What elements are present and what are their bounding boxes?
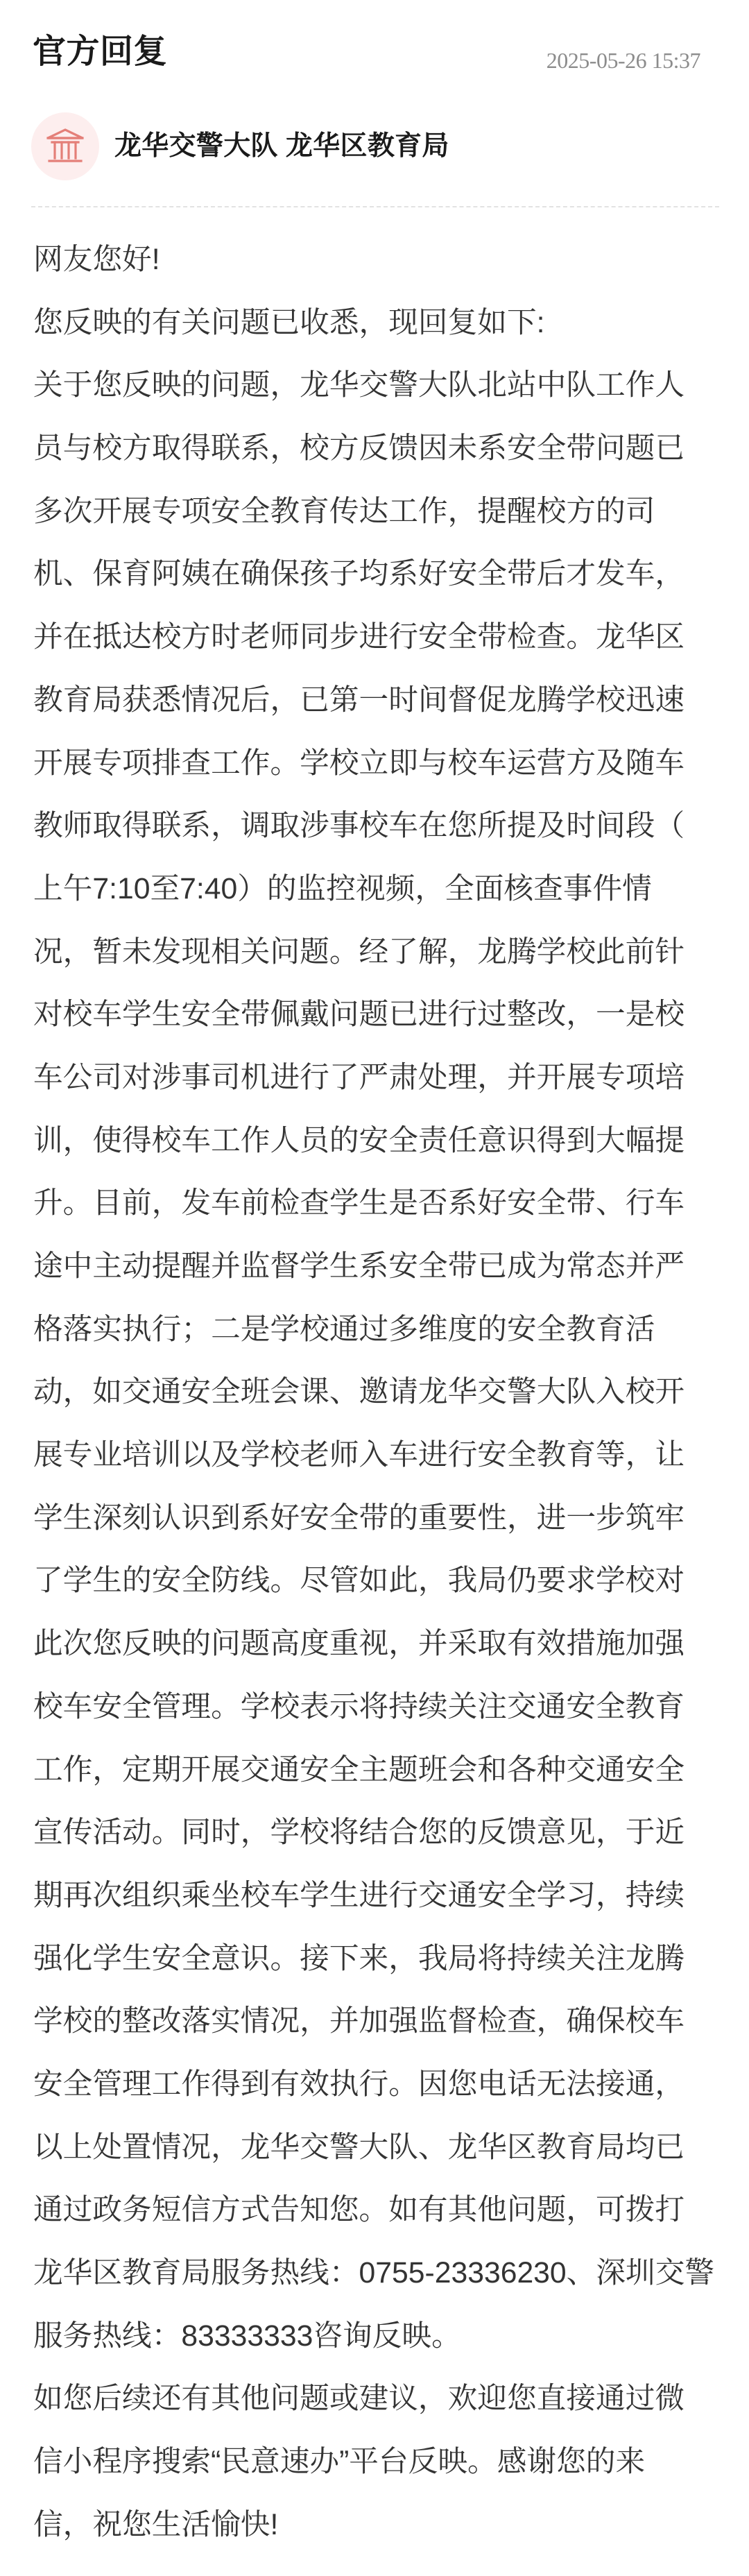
responder-row: 龙华交警大队 龙华区教育局 (31, 112, 449, 180)
text-line: 关于您反映的问题，龙华交警大队北站中队工作人 (33, 354, 727, 417)
reply-header: 官方回复 2025-05-26 15:37 龙华交警大队 龙华区教育局 (0, 0, 749, 104)
text-line: 格落实执行；二是学校通过多维度的安全教育活 (33, 1298, 727, 1361)
text-line: 车公司对涉事司机进行了严肃处理，并开展专项培 (33, 1046, 727, 1109)
text-line: 员与校方取得联系，校方反馈因未系安全带问题已 (33, 417, 727, 480)
text-line: 您反映的有关问题已收悉，现回复如下: (33, 291, 727, 355)
text-line: 多次开展专项安全教育传达工作，提醒校方的司 (33, 480, 727, 543)
hotline-text-line: 服务热线：83333333咨询反映。 (33, 2305, 727, 2368)
responder-name: 龙华交警大队 龙华区教育局 (114, 130, 449, 163)
government-building-icon (45, 128, 85, 165)
text-line: 展专业培训以及学校老师入车进行安全教育等，让 (33, 1424, 727, 1487)
text-line: 宣传活动。同时，学校将结合您的反馈意见，于近 (33, 1801, 727, 1864)
text-line: 校车安全管理。学校表示将持续关注交通安全教育 (33, 1675, 727, 1739)
reply-body: 网友您好! 您反映的有关问题已收悉，现回复如下: 关于您反映的问题，龙华交警大队… (33, 228, 727, 2556)
text-line: 期再次组织乘坐校车学生进行交通安全学习，持续 (33, 1864, 727, 1927)
text-line: 如您后续还有其他问题或建议，欢迎您直接通过微 (33, 2367, 727, 2430)
reply-timestamp: 2025-05-26 15:37 (546, 46, 700, 74)
header-divider (31, 206, 719, 207)
text-line: 动，如交通安全班会课、邀请龙华交警大队入校开 (33, 1360, 727, 1424)
responder-avatar (31, 112, 99, 180)
text-line: 况，暂未发现相关问题。经了解，龙腾学校此前针 (33, 921, 727, 984)
text-line: 开展专项排查工作。学校立即与校车运营方及随车 (33, 732, 727, 795)
text-line: 途中主动提醒并监督学生系安全带已成为常态并严 (33, 1235, 727, 1298)
closing-paragraph: 如您后续还有其他问题或建议，欢迎您直接通过微 信小程序搜索“民意速办”平台反映。… (33, 2367, 727, 2556)
hotline-text-line: 龙华区教育局服务热线：0755-23336230、深圳交警 (33, 2242, 727, 2305)
greeting-paragraph: 网友您好! (33, 228, 727, 291)
page-title: 官方回复 (33, 32, 167, 72)
text-line: 并在抵达校方时老师同步进行安全带检查。龙华区 (33, 606, 727, 669)
text-line: 通过政务短信方式告知您。如有其他问题，可拨打 (33, 2178, 727, 2242)
text-line: 上午7:10至7:40）的监控视频，全面核查事件情 (33, 858, 727, 921)
intro-paragraph: 您反映的有关问题已收悉，现回复如下: (33, 291, 727, 355)
text-line: 教师取得联系，调取涉事校车在您所提及时间段（ (33, 794, 727, 858)
text-line: 以上处置情况，龙华交警大队、龙华区教育局均已 (33, 2116, 727, 2179)
text-line: 了学生的安全防线。尽管如此，我局仍要求学校对 (33, 1549, 727, 1612)
text-line: 训，使得校车工作人员的安全责任意识得到大幅提 (33, 1109, 727, 1172)
text-line: 学生深刻认识到系好安全带的重要性，进一步筑牢 (33, 1487, 727, 1550)
text-line: 升。目前，发车前检查学生是否系好安全带、行车 (33, 1172, 727, 1235)
text-line: 工作，定期开展交通安全主题班会和各种交通安全 (33, 1739, 727, 1802)
text-line: 信，祝您生活愉快! (33, 2493, 727, 2557)
text-line: 网友您好! (33, 228, 727, 291)
text-line: 学校的整改落实情况，并加强监督检查，确保校车 (33, 1990, 727, 2053)
text-line: 对校车学生安全带佩戴问题已进行过整改，一是校 (33, 983, 727, 1046)
main-reply-paragraph: 关于您反映的问题，龙华交警大队北站中队工作人 员与校方取得联系，校方反馈因未系安… (33, 354, 727, 2367)
text-line: 机、保育阿姨在确保孩子均系好安全带后才发车， (33, 543, 727, 606)
text-line: 安全管理工作得到有效执行。因您电话无法接通， (33, 2053, 727, 2116)
text-line: 信小程序搜索“民意速办”平台反映。感谢您的来 (33, 2430, 727, 2493)
text-line: 强化学生安全意识。接下来，我局将持续关注龙腾 (33, 1927, 727, 1990)
text-line: 教育局获悉情况后，已第一时间督促龙腾学校迅速 (33, 669, 727, 732)
text-line: 此次您反映的问题高度重视，并采取有效措施加强 (33, 1612, 727, 1675)
